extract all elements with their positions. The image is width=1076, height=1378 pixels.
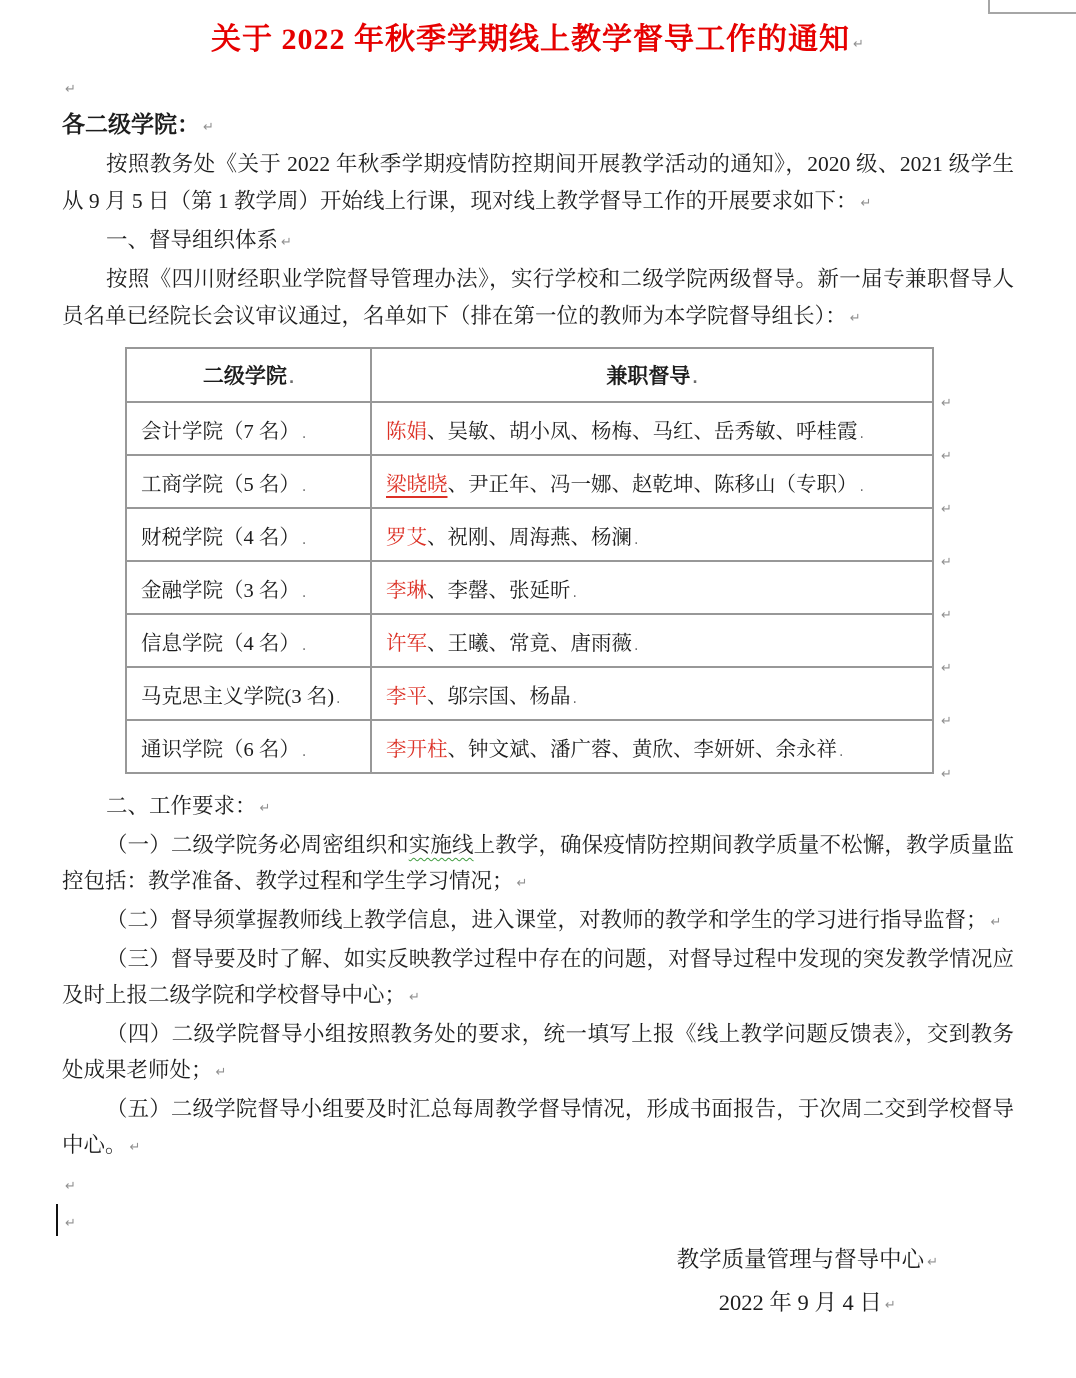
table-row: 信息学院（4 名） 许军、王曦、常竟、唐雨薇 bbox=[126, 614, 933, 667]
group-leader-name: 梁晓晓 bbox=[386, 474, 448, 496]
header-supervisors: 兼职督导 bbox=[371, 348, 933, 402]
college-cell: 工商学院（5 名） bbox=[126, 455, 371, 508]
spellcheck-underlined-text: 实施线 bbox=[409, 833, 474, 857]
supervisor-table: 二级学院 兼职督导 会计学院（7 名） 陈娟、吴敏、胡小凤、杨梅、马红、岳秀敏、… bbox=[125, 347, 934, 774]
supervisors-cell: 陈娟、吴敏、胡小凤、杨梅、马红、岳秀敏、呼桂霞 bbox=[371, 402, 933, 455]
table-row: 会计学院（7 名） 陈娟、吴敏、胡小凤、杨梅、马红、岳秀敏、呼桂霞 bbox=[126, 402, 933, 455]
table-row: 金融学院（3 名） 李琳、李罄、张延昕 bbox=[126, 561, 933, 614]
header-college: 二级学院 bbox=[126, 348, 371, 402]
work-item-1: （一）二级学院务必周密组织和实施线上教学，确保疫情防控期间教学质量不松懈，教学质… bbox=[62, 827, 1014, 902]
table-row: 马克思主义学院(3 名) 李平、邬宗国、杨晶 bbox=[126, 667, 933, 720]
member-names: 、邬宗国、杨晶 bbox=[427, 686, 571, 708]
college-cell: 马克思主义学院(3 名) bbox=[126, 667, 371, 720]
table-row: 财税学院（4 名） 罗艾、祝刚、周海燕、杨澜 bbox=[126, 508, 933, 561]
empty-paragraph bbox=[62, 69, 1014, 106]
document-content: 关于 2022 年秋季学期线上教学督导工作的通知 各二级学院： 按照教务处《关于… bbox=[0, 0, 1076, 1326]
supervisors-cell: 罗艾、祝刚、周海燕、杨澜 bbox=[371, 508, 933, 561]
text-boundary-corner-mark bbox=[988, 0, 1076, 14]
work-item-5: （五）二级学院督导小组要及时汇总每周教学督导情况，形成书面报告，于次周二交到学校… bbox=[62, 1091, 1014, 1166]
signature-date: 2022 年 9 月 4 日 bbox=[677, 1283, 938, 1326]
table-row-end-marks bbox=[938, 378, 952, 801]
empty-paragraph bbox=[62, 1203, 1014, 1240]
work-item-3: （三）督导要及时了解、如实反映教学过程中存在的问题，对督导过程中发现的突发教学情… bbox=[62, 941, 1014, 1016]
college-cell: 信息学院（4 名） bbox=[126, 614, 371, 667]
table-header-row: 二级学院 兼职督导 bbox=[126, 348, 933, 402]
group-leader-name: 李平 bbox=[386, 686, 427, 708]
member-names: 、尹正年、冯一娜、赵乾坤、陈移山（专职） bbox=[448, 474, 858, 496]
table-row: 通识学院（6 名） 李开柱、钟文斌、潘广蓉、黄欣、李妍妍、余永祥 bbox=[126, 720, 933, 773]
supervisors-cell: 许军、王曦、常竟、唐雨薇 bbox=[371, 614, 933, 667]
member-names: 、祝刚、周海燕、杨澜 bbox=[427, 527, 632, 549]
empty-paragraph-with-cursor bbox=[62, 1166, 1014, 1203]
group-leader-name: 罗艾 bbox=[386, 527, 427, 549]
supervisors-cell: 李平、邬宗国、杨晶 bbox=[371, 667, 933, 720]
supervisors-cell: 梁晓晓、尹正年、冯一娜、赵乾坤、陈移山（专职） bbox=[371, 455, 933, 508]
member-names: 、吴敏、胡小凤、杨梅、马红、岳秀敏、呼桂霞 bbox=[427, 421, 858, 443]
work-item-4: （四）二级学院督导小组按照教务处的要求，统一填写上报《线上教学问题反馈表》，交到… bbox=[62, 1016, 1014, 1091]
group-leader-name: 许军 bbox=[386, 633, 427, 655]
document-page: 关于 2022 年秋季学期线上教学督导工作的通知 各二级学院： 按照教务处《关于… bbox=[0, 0, 1076, 1378]
group-leader-name: 陈娟 bbox=[386, 421, 427, 443]
group-leader-name: 李开柱 bbox=[386, 739, 448, 761]
supervisors-cell: 李琳、李罄、张延昕 bbox=[371, 561, 933, 614]
member-names: 、钟文斌、潘广蓉、黄欣、李妍妍、余永祥 bbox=[448, 739, 838, 761]
member-names: 、李罄、张延昕 bbox=[427, 580, 571, 602]
work-item-2: （二）督导须掌握教师线上教学信息，进入课堂，对教师的教学和学生的学习进行指导监督… bbox=[62, 902, 1014, 941]
group-leader-name: 李琳 bbox=[386, 580, 427, 602]
document-title-text: 关于 2022 年秋季学期线上教学督导工作的通知 bbox=[211, 23, 865, 56]
section1-heading: 一、督导组织体系 bbox=[62, 222, 1014, 261]
college-cell: 财税学院（4 名） bbox=[126, 508, 371, 561]
signature-block: 教学质量管理与督导中心 2022 年 9 月 4 日 bbox=[62, 1240, 1014, 1326]
college-cell: 会计学院（7 名） bbox=[126, 402, 371, 455]
section1-body: 按照《四川财经职业学院督导管理办法》，实行学校和二级学院两级督导。新一届专兼职督… bbox=[62, 261, 1014, 337]
document-title: 关于 2022 年秋季学期线上教学督导工作的通知 bbox=[62, 16, 1014, 69]
salutation: 各二级学院： bbox=[62, 106, 1014, 146]
intro-paragraph: 按照教务处《关于 2022 年秋季学期疫情防控期间开展教学活动的通知》，2020… bbox=[62, 146, 1014, 222]
section2-heading: 二、工作要求： bbox=[62, 788, 1014, 827]
member-names: 、王曦、常竟、唐雨薇 bbox=[427, 633, 632, 655]
table-row: 工商学院（5 名） 梁晓晓、尹正年、冯一娜、赵乾坤、陈移山（专职） bbox=[126, 455, 933, 508]
text-cursor bbox=[56, 1204, 58, 1236]
college-cell: 通识学院（6 名） bbox=[126, 720, 371, 773]
signature-org: 教学质量管理与督导中心 bbox=[677, 1240, 938, 1283]
supervisors-cell: 李开柱、钟文斌、潘广蓉、黄欣、李妍妍、余永祥 bbox=[371, 720, 933, 773]
college-cell: 金融学院（3 名） bbox=[126, 561, 371, 614]
